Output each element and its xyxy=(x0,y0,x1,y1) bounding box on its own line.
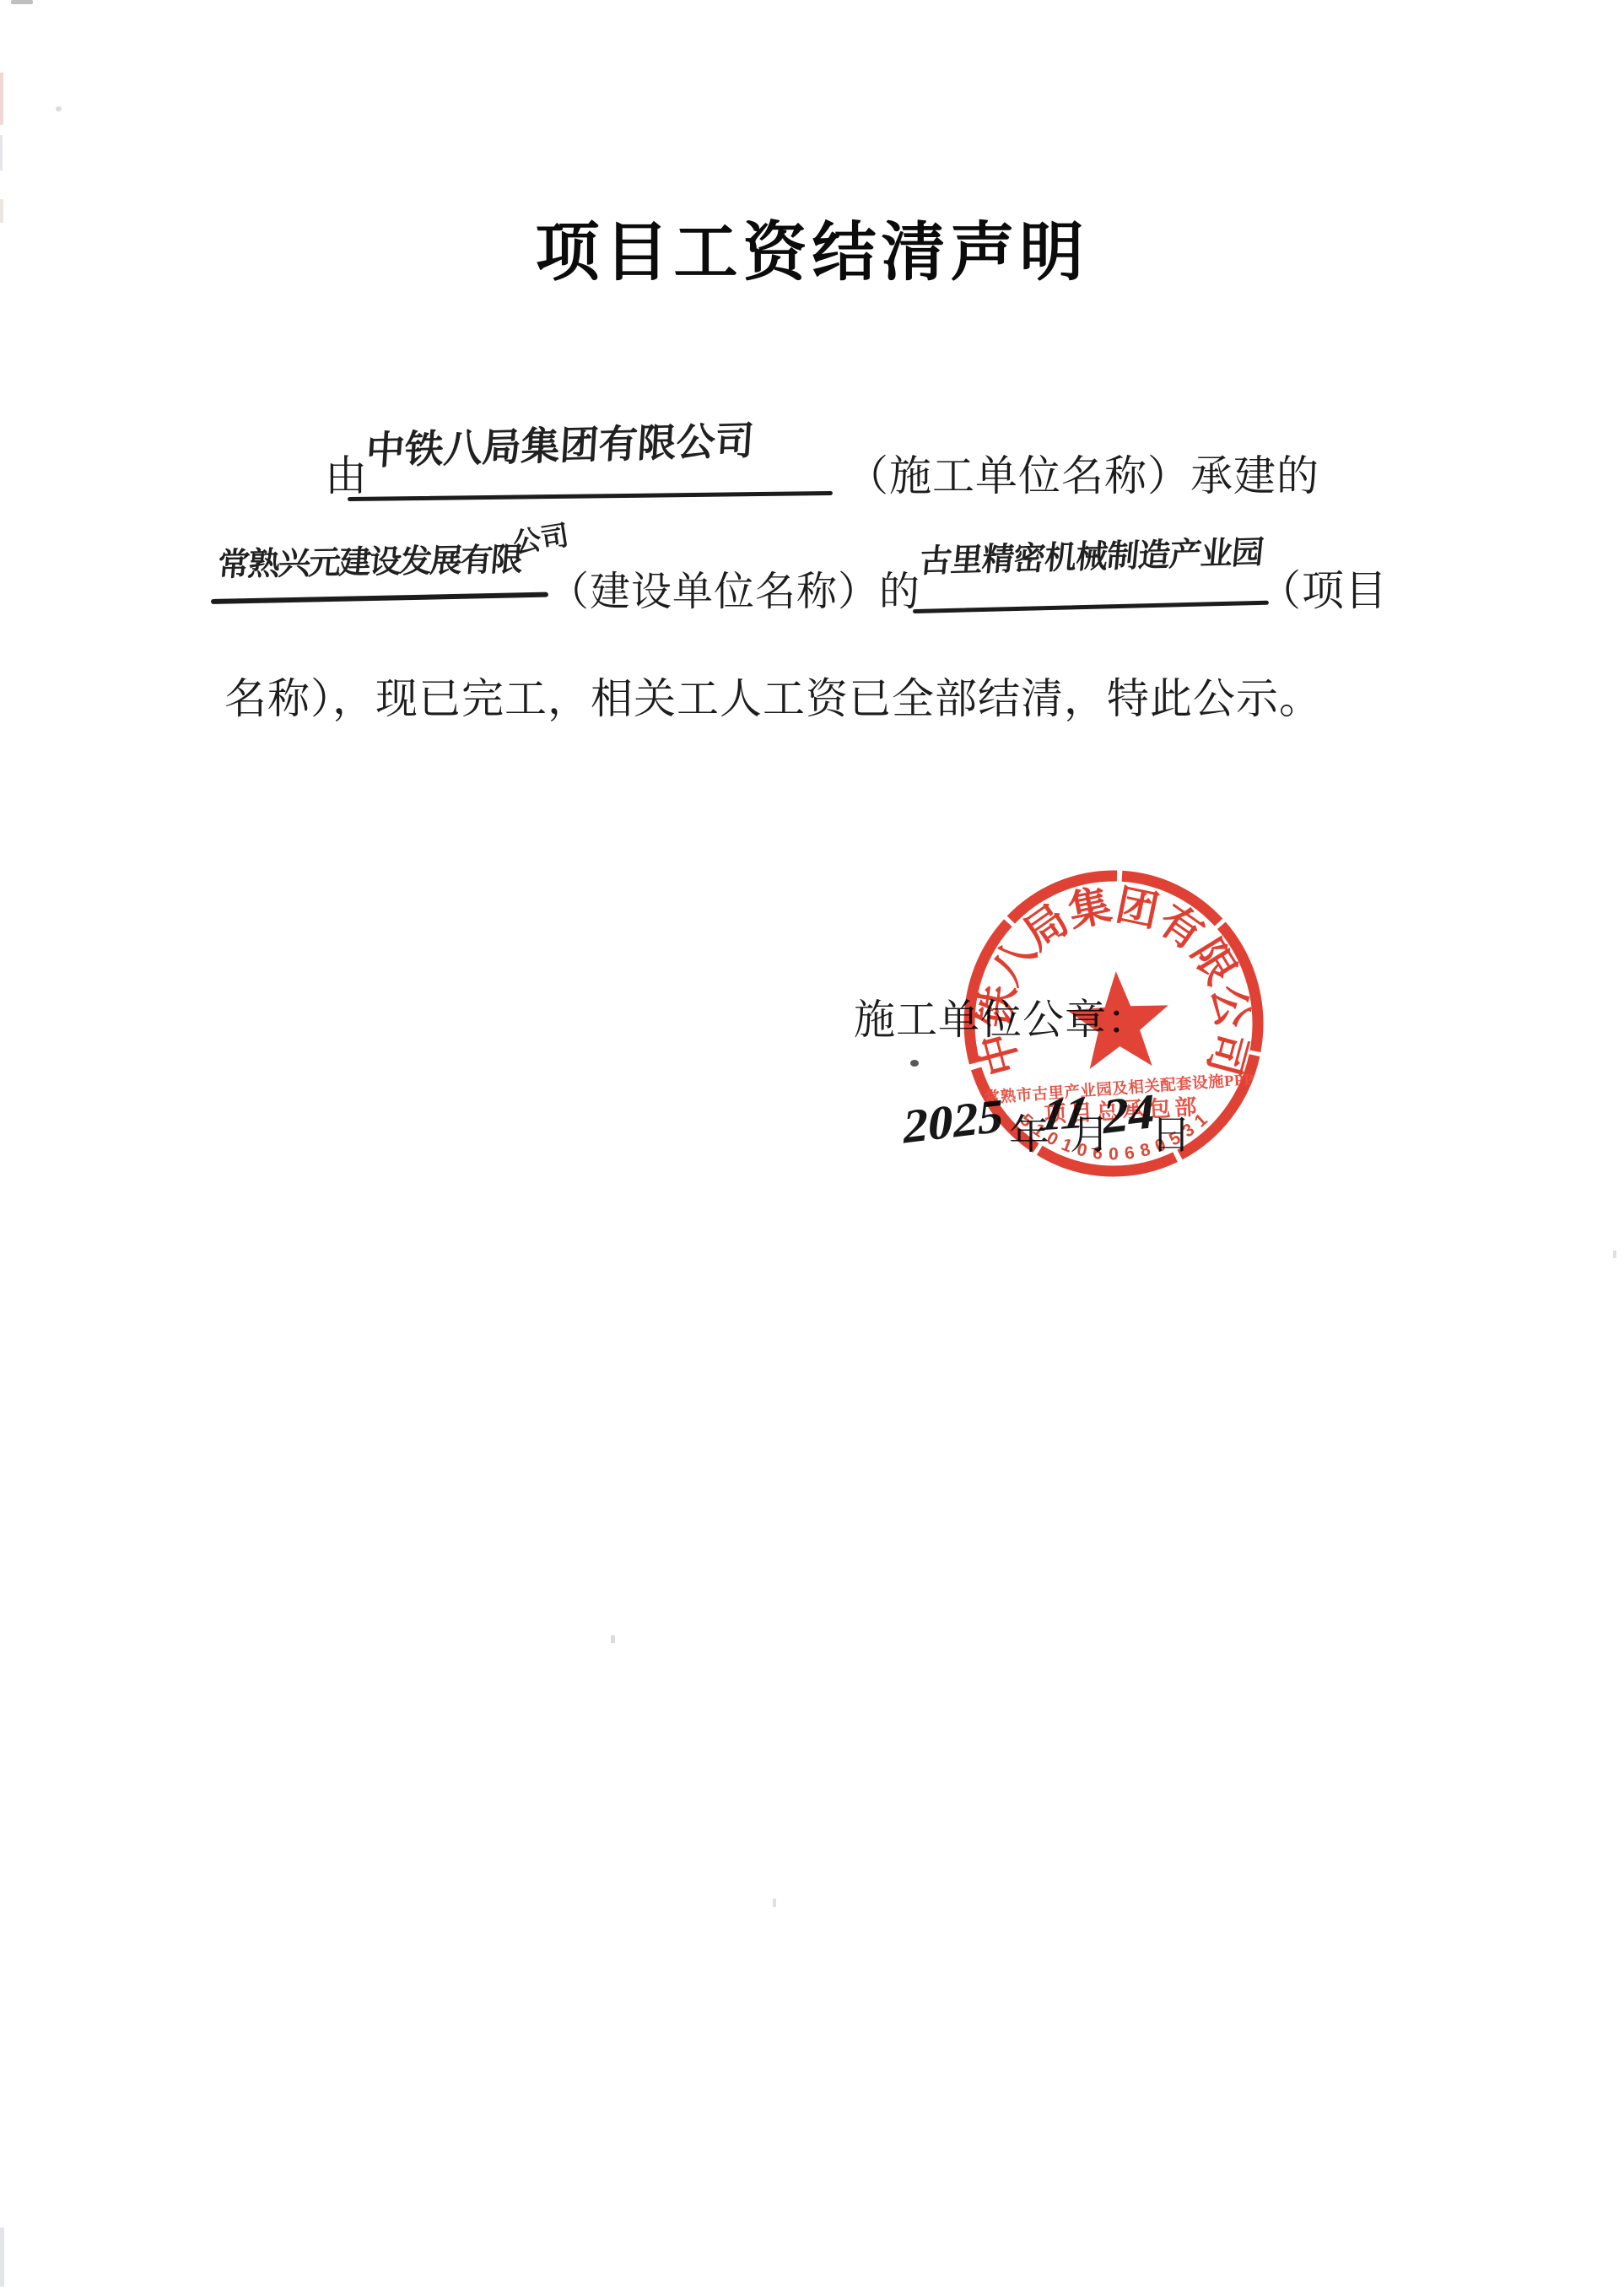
svg-text:八: 八 xyxy=(982,932,1044,992)
line1-prefix: 由 xyxy=(325,442,368,503)
line2-handwriting-client: 常熟兴元建设发展有限 xyxy=(216,533,524,585)
scan-artifact xyxy=(0,73,3,125)
scan-artifact xyxy=(0,135,3,170)
svg-text:司: 司 xyxy=(1199,1028,1255,1081)
svg-text:团: 团 xyxy=(1112,881,1163,936)
svg-text:集: 集 xyxy=(1065,881,1115,936)
fill-in-underline xyxy=(211,592,548,604)
line2-printed-tail: （项目 xyxy=(1259,557,1388,618)
line2-handwriting-project: 古里精密机械制造产业园 xyxy=(918,526,1265,581)
fill-in-underline xyxy=(913,601,1269,613)
line2-printed-mid: （建设单位名称）的 xyxy=(548,559,920,617)
scan-artifact xyxy=(1613,1251,1616,1258)
scan-artifact xyxy=(773,1899,776,1907)
svg-text:有: 有 xyxy=(1150,895,1211,959)
scan-artifact xyxy=(56,106,62,111)
scan-artifact xyxy=(11,0,33,4)
scanned-document-page: 项目工资结清声明 由 中铁八局集团有限公司 （施工单位名称）承建的 常熟兴元建设… xyxy=(0,0,1624,2296)
svg-text:6: 6 xyxy=(1124,1143,1136,1164)
seal-label: 施工单位公章： xyxy=(854,987,1149,1046)
statement-line-3: 名称），现已完工，相关工人工资已全部结清，特此公示。 xyxy=(224,665,1322,726)
fill-in-underline xyxy=(348,491,833,501)
seal-company-arc-text: 中铁八局集团有限公司 xyxy=(971,881,1257,1081)
date-year-handwritten: 2025 xyxy=(899,1087,1006,1155)
scan-artifact xyxy=(910,1060,919,1067)
svg-text:限: 限 xyxy=(1183,932,1245,992)
line1-handwriting-contractor: 中铁八局集团有限公司 xyxy=(364,410,756,476)
page-title: 项目工资结清声明 xyxy=(0,201,1624,293)
scan-artifact xyxy=(611,1635,615,1643)
svg-text:公: 公 xyxy=(1204,982,1257,1031)
date-day-handwritten: 24 xyxy=(1099,1083,1158,1147)
svg-text:1: 1 xyxy=(1191,1110,1211,1131)
svg-text:局: 局 xyxy=(1015,895,1076,959)
line2-handwriting-client-superscript: 公司 xyxy=(510,513,572,561)
line1-printed: （施工单位名称）承建的 xyxy=(846,442,1319,503)
scan-artifact xyxy=(0,2228,4,2287)
date-day-unit: 日 xyxy=(1151,1102,1191,1160)
